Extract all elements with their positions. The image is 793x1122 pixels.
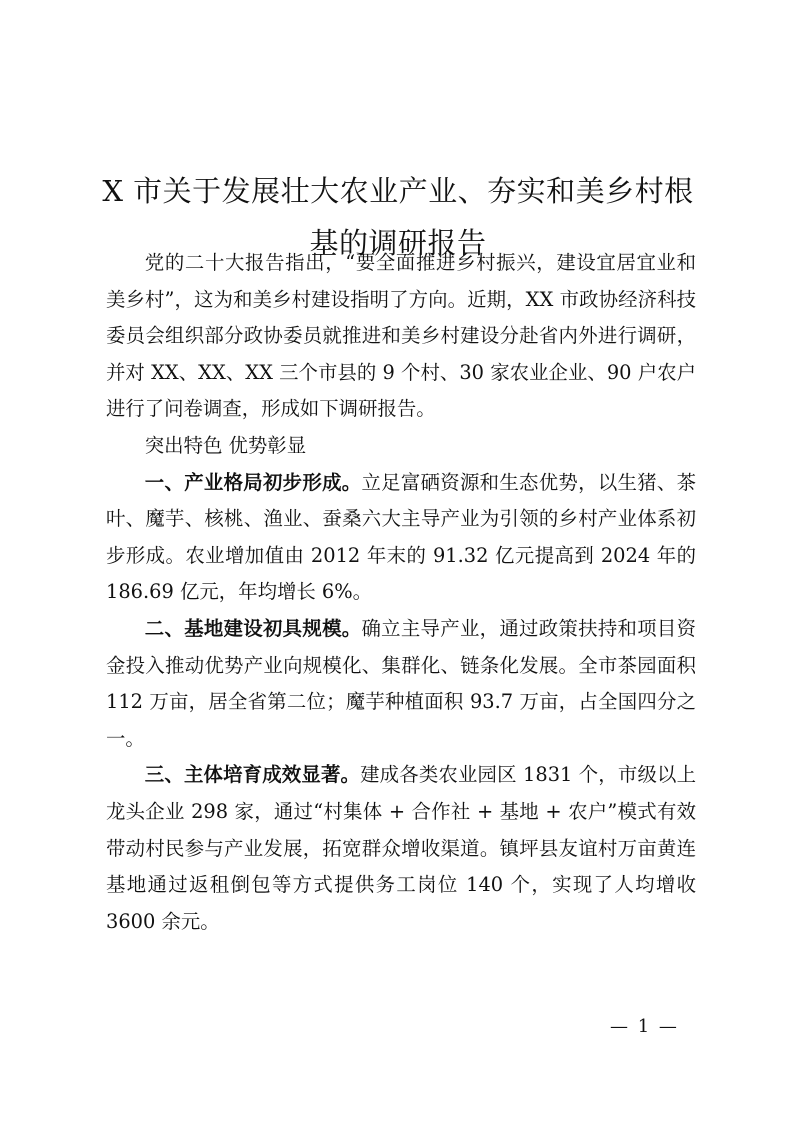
item-paragraph-2: 二、基地建设初具规模。确立主导产业，通过政策扶持和项目资金投入推动优势产业向规模…: [106, 611, 696, 757]
section-heading: 突出特色 优势彰显: [106, 428, 696, 465]
document-body: 党的二十大报告指出，“要全面推进乡村振兴，建设宜居宜业和美乡村”，这为和美乡村建…: [106, 245, 696, 940]
item-1-lead: 一、产业格局初步形成。: [145, 471, 362, 494]
item-3-lead: 三、主体培育成效显著。: [145, 763, 360, 786]
document-page: X 市关于发展壮大农业产业、夯实和美乡村根基的调研报告 党的二十大报告指出，“要…: [0, 0, 793, 1122]
item-paragraph-3: 三、主体培育成效显著。建成各类农业园区 1831 个，市级以上龙头企业 298 …: [106, 757, 696, 940]
item-2-lead: 二、基地建设初具规模。: [145, 617, 362, 640]
page-number: — 1 —: [610, 1016, 679, 1037]
item-paragraph-1: 一、产业格局初步形成。立足富硒资源和生态优势，以生猪、茶叶、魔芋、核桃、渔业、蚕…: [106, 465, 696, 611]
item-3-text: 建成各类农业园区 1831 个，市级以上龙头企业 298 家，通过“村集体 + …: [106, 763, 696, 932]
intro-paragraph: 党的二十大报告指出，“要全面推进乡村振兴，建设宜居宜业和美乡村”，这为和美乡村建…: [106, 245, 696, 428]
